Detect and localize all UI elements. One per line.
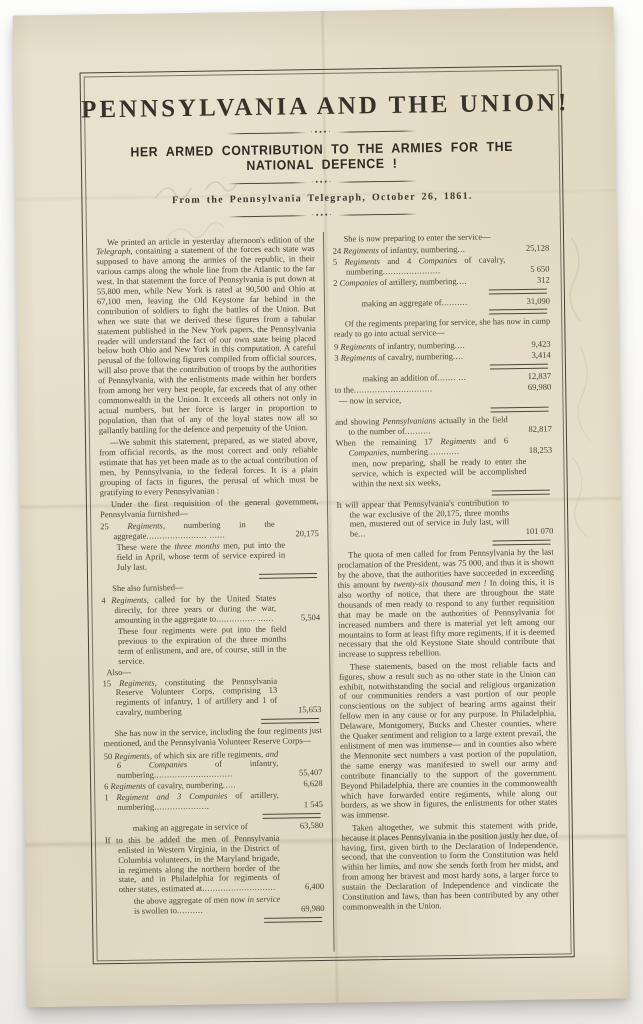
text-run: Also— — [106, 666, 131, 676]
ledger-entry: 4 Regiments, called for by the United St… — [101, 593, 320, 626]
text-run: of infantry, numbering — [379, 244, 458, 255]
italic-text: Regiments — [343, 245, 379, 256]
text-run: 1 — [104, 792, 116, 802]
italic-text: Regiments, — [111, 595, 149, 606]
text-run: of artillery, numbering — [378, 276, 457, 287]
entry-label: the above aggregate of men now in servic… — [106, 895, 281, 917]
entry-label: 3 Regiments of cavalry, numbering.... — [334, 351, 507, 363]
entry-label: making an addition of....... ... — [335, 372, 508, 384]
sum-rule — [493, 540, 551, 546]
entry-label: When the remaining 17 Regiments and 6 Co… — [335, 436, 508, 458]
sum-rule — [491, 407, 549, 413]
ornament-line — [227, 182, 307, 184]
dot-leader: ....................... ...... — [146, 530, 225, 541]
entry-note: These four regiments were put into the f… — [102, 624, 321, 667]
italic-text: Telegraph, — [96, 246, 132, 257]
entry-label: It will appear that Pennsylvania's contr… — [336, 498, 509, 540]
right-column: She is now preparing to enter the servic… — [322, 229, 559, 952]
paragraph: Of the regiments preparing for service, … — [334, 317, 551, 340]
document-title: PENNSYLVANIA AND THE UNION! — [81, 89, 561, 124]
sum-rule — [261, 718, 319, 724]
entry-amount: 55,407 — [278, 768, 322, 779]
entry-label: 1 Regiment and 3 Companies of artillery,… — [104, 791, 279, 813]
ledger-entry: It will appear that Pennsylvania's contr… — [336, 497, 553, 540]
ornament-center: ·▪▪▪· — [306, 130, 336, 135]
entry-amount: 69,980 — [507, 383, 551, 394]
text-run: containing a statement of the forces eac… — [96, 243, 317, 435]
entry-label: 4 Regiments, called for by the United St… — [101, 594, 276, 626]
ornament-divider-icon: ·▪▪▪· — [228, 212, 418, 220]
document-header: PENNSYLVANIA AND THE UNION! ·▪▪▪· HER AR… — [81, 66, 563, 229]
text-run: making an aggregate of — [361, 297, 441, 308]
inline-text: men, now preparing, shall be ready to en… — [336, 456, 553, 489]
ledger-total: the above aggregate of men now in servic… — [106, 894, 325, 917]
text-run: Under the first requisition of the gener… — [100, 496, 318, 519]
entry-note: These were the three months men, put int… — [101, 540, 320, 573]
text-run: is swollen to — [134, 905, 177, 916]
italic-text: Companies — [419, 255, 457, 266]
ornament-line — [338, 214, 418, 216]
printed-border: PENNSYLVANIA AND THE UNION! ·▪▪▪· HER AR… — [80, 65, 575, 964]
entry-amount: 20,175 — [275, 529, 319, 540]
text-run: 5 — [333, 256, 345, 266]
text-run: of infantry, numbering — [376, 340, 455, 351]
dot-leader: .......... — [177, 905, 203, 915]
entry-label: 5 Regiments and 4 Companies of cavalry, … — [333, 255, 506, 277]
entry-label: making an aggregate of.......... — [333, 297, 506, 309]
text-run: of cavalry, numbering — [146, 780, 223, 791]
italic-text: Regiments — [344, 256, 380, 267]
paragraph: She is now preparing to enter the servic… — [332, 231, 549, 244]
italic-text: Regiments, — [114, 750, 152, 761]
ledger-total: making an aggregate in service of63,580 — [105, 821, 324, 834]
entry-amount: 15,653 — [277, 705, 321, 716]
entry-amount: 6,400 — [280, 882, 324, 893]
italic-text: Regiments — [440, 436, 476, 447]
text-columns: We printed an article in yesterday after… — [96, 229, 560, 956]
entry-amount: 101 070 — [509, 527, 553, 538]
paragraph: Taken altogether, we submit this stateme… — [341, 820, 559, 912]
entry-label: 15 Regiments, constituting the Pennsylva… — [103, 676, 278, 718]
paragraph: These statements, based on the most reli… — [339, 659, 558, 821]
text-run: and 6 — [476, 435, 508, 445]
text-run: to the — [335, 385, 354, 395]
entry-amount: 312 — [506, 275, 550, 286]
entry-label: 2 Companies of artillery, numbering.... — [333, 276, 506, 288]
text-run: 15 — [103, 678, 120, 688]
dot-leader: ..................... — [154, 801, 209, 812]
italic-text: Regiments, — [119, 677, 157, 688]
ornament-divider-icon: ·▪▪▪· — [226, 129, 416, 137]
text-run: 50 — [104, 751, 115, 761]
entry-amount: 9,423 — [507, 339, 551, 350]
ledger-entry: 2 Companies of artillery, numbering....3… — [333, 275, 550, 288]
text-run: making an addition of — [363, 372, 438, 383]
text-run: — now in service, — [339, 395, 401, 406]
ornament-divider-icon: ·▪▪▪· — [227, 179, 417, 187]
paragraph: She also furnished— — [101, 581, 320, 594]
entry-amount: 18,253 — [508, 446, 552, 457]
left-column: We printed an article in yesterday after… — [96, 232, 333, 955]
text-run: She also furnished— — [112, 582, 183, 593]
dot-leader: .......... — [441, 296, 467, 306]
dot-leader: .............................. — [354, 384, 433, 395]
sum-rule — [258, 573, 316, 579]
sum-rule — [489, 288, 547, 294]
document-subtitle: HER ARMED CONTRIBUTION TO THE ARMIES FOR… — [100, 139, 544, 176]
text-run: making an aggregate in service of — [133, 821, 248, 833]
broadside-paper: PENNSYLVANIA AND THE UNION! ·▪▪▪· HER AR… — [13, 7, 629, 1008]
entry-amount: 6,628 — [279, 779, 323, 790]
text-run: These statements, based on the most reli… — [339, 658, 558, 820]
paragraph: The quota of men called for from Pennsyl… — [337, 548, 555, 660]
entry-amount: 25,128 — [505, 243, 549, 254]
dot-leader: ...................... — [383, 265, 441, 276]
italic-text: Companies, — [349, 447, 390, 458]
text-run: of cavalry, numbering — [376, 351, 453, 362]
entry-label: 25 Regiments, numbering in the aggregate… — [100, 520, 275, 542]
paragraph: We printed an article in yesterday after… — [96, 235, 317, 436]
entry-amount: 3,414 — [507, 350, 551, 361]
sum-rule — [262, 813, 320, 819]
source-attribution: From the Pennsylvania Telegraph, October… — [82, 189, 562, 207]
text-run: 24 — [333, 246, 344, 256]
italic-text: Regiments — [341, 352, 377, 363]
text-run: Of the regiments preparing for service, … — [334, 316, 550, 339]
entry-amount: 5 650 — [505, 264, 549, 275]
text-run: These four regiments were put into the f… — [118, 624, 287, 666]
ornament-line — [228, 215, 308, 217]
ledger-total: making an addition of....... ...12,837 — [335, 371, 552, 384]
paragraph: —We submit this statement, prepared, as … — [99, 435, 318, 498]
italic-text: Regiments — [110, 781, 146, 792]
entry-amount: 69,980 — [280, 904, 324, 915]
sum-rule — [492, 489, 550, 495]
inline-text: — now in service, — [335, 394, 552, 407]
paragraph: She has now in the service, including th… — [103, 726, 322, 749]
sum-rule — [490, 363, 548, 369]
dot-leader: .......... — [405, 426, 431, 436]
entry-label: If to this be added the men of Pennsylva… — [105, 833, 280, 895]
dot-leader: .............................. — [154, 769, 233, 780]
dot-leader: .... — [456, 275, 467, 285]
dot-leader: ... — [457, 244, 465, 254]
text-run: 25 — [100, 521, 127, 531]
ledger-entry: 25 Regiments, numbering in the aggregate… — [100, 519, 319, 542]
ornament-line — [336, 131, 416, 133]
ledger-entry: 3 Regiments of cavalry, numbering....3,4… — [334, 350, 551, 363]
text-run: 4 — [101, 595, 111, 605]
ledger-total: making an aggregate of..........31,090 — [333, 296, 550, 309]
ledger-entry: 15 Regiments, constituting the Pennsylva… — [103, 676, 322, 719]
ornament-line — [337, 181, 417, 183]
paragraph: Under the first requisition of the gener… — [100, 497, 319, 520]
entry-amount: 5,504 — [276, 613, 320, 624]
text-run: She is now preparing to enter the servic… — [343, 231, 490, 243]
dot-leader: ............ — [428, 446, 460, 456]
ledger-entry: and showing Pennsylvanians actually in t… — [335, 415, 552, 438]
entry-amount: 31,090 — [506, 296, 550, 307]
entry-amount: 63,580 — [279, 821, 323, 832]
entry-label: and showing Pennsylvanians actually in t… — [335, 415, 508, 437]
entry-label: 50 Regiments, of which six are rifle reg… — [104, 749, 279, 781]
ledger-entry: 50 Regiments, of which six are rifle reg… — [104, 749, 323, 782]
sum-rule — [489, 309, 547, 315]
sum-rule — [264, 917, 322, 923]
ledger-entry: 1 Regiment and 3 Companies of artillery,… — [104, 790, 323, 813]
dot-leader: ............... ...... — [216, 613, 274, 624]
ledger-entry: 5 Regiments and 4 Companies of cavalry, … — [333, 254, 550, 277]
text-run: Taken altogether, we submit this stateme… — [341, 819, 559, 911]
text-run: men, now preparing, shall be ready to en… — [352, 456, 527, 488]
dot-leader: .... — [453, 351, 464, 361]
entry-amount: 12,837 — [507, 371, 551, 382]
dot-leader: ... — [358, 529, 366, 539]
entry-amount: 82,817 — [508, 425, 552, 436]
ledger-entry: If to this be added the men of Pennsylva… — [105, 833, 324, 896]
italic-text: Regiments, — [127, 521, 165, 532]
text-run: She has now in the service, including th… — [103, 725, 321, 748]
ornament-center: ·▪▪▪· — [308, 213, 338, 218]
text-run: In doing this, it is also worthy of noti… — [338, 577, 555, 660]
dot-leader: ..... — [223, 780, 236, 790]
italic-text: in service — [247, 894, 280, 904]
italic-text: Regiments — [340, 341, 376, 352]
italic-text: Companies — [339, 277, 377, 288]
entry-amount: 1 545 — [279, 800, 323, 811]
dot-leader: .... — [455, 340, 466, 350]
ornament-center: ·▪▪▪· — [307, 180, 337, 185]
dot-leader: ....... ... — [437, 371, 466, 381]
text-run: numbering — [389, 446, 428, 457]
text-run: —We submit this statement, prepared, as … — [99, 434, 318, 497]
dot-leader: ............................ — [202, 882, 276, 893]
ornament-line — [226, 132, 306, 134]
